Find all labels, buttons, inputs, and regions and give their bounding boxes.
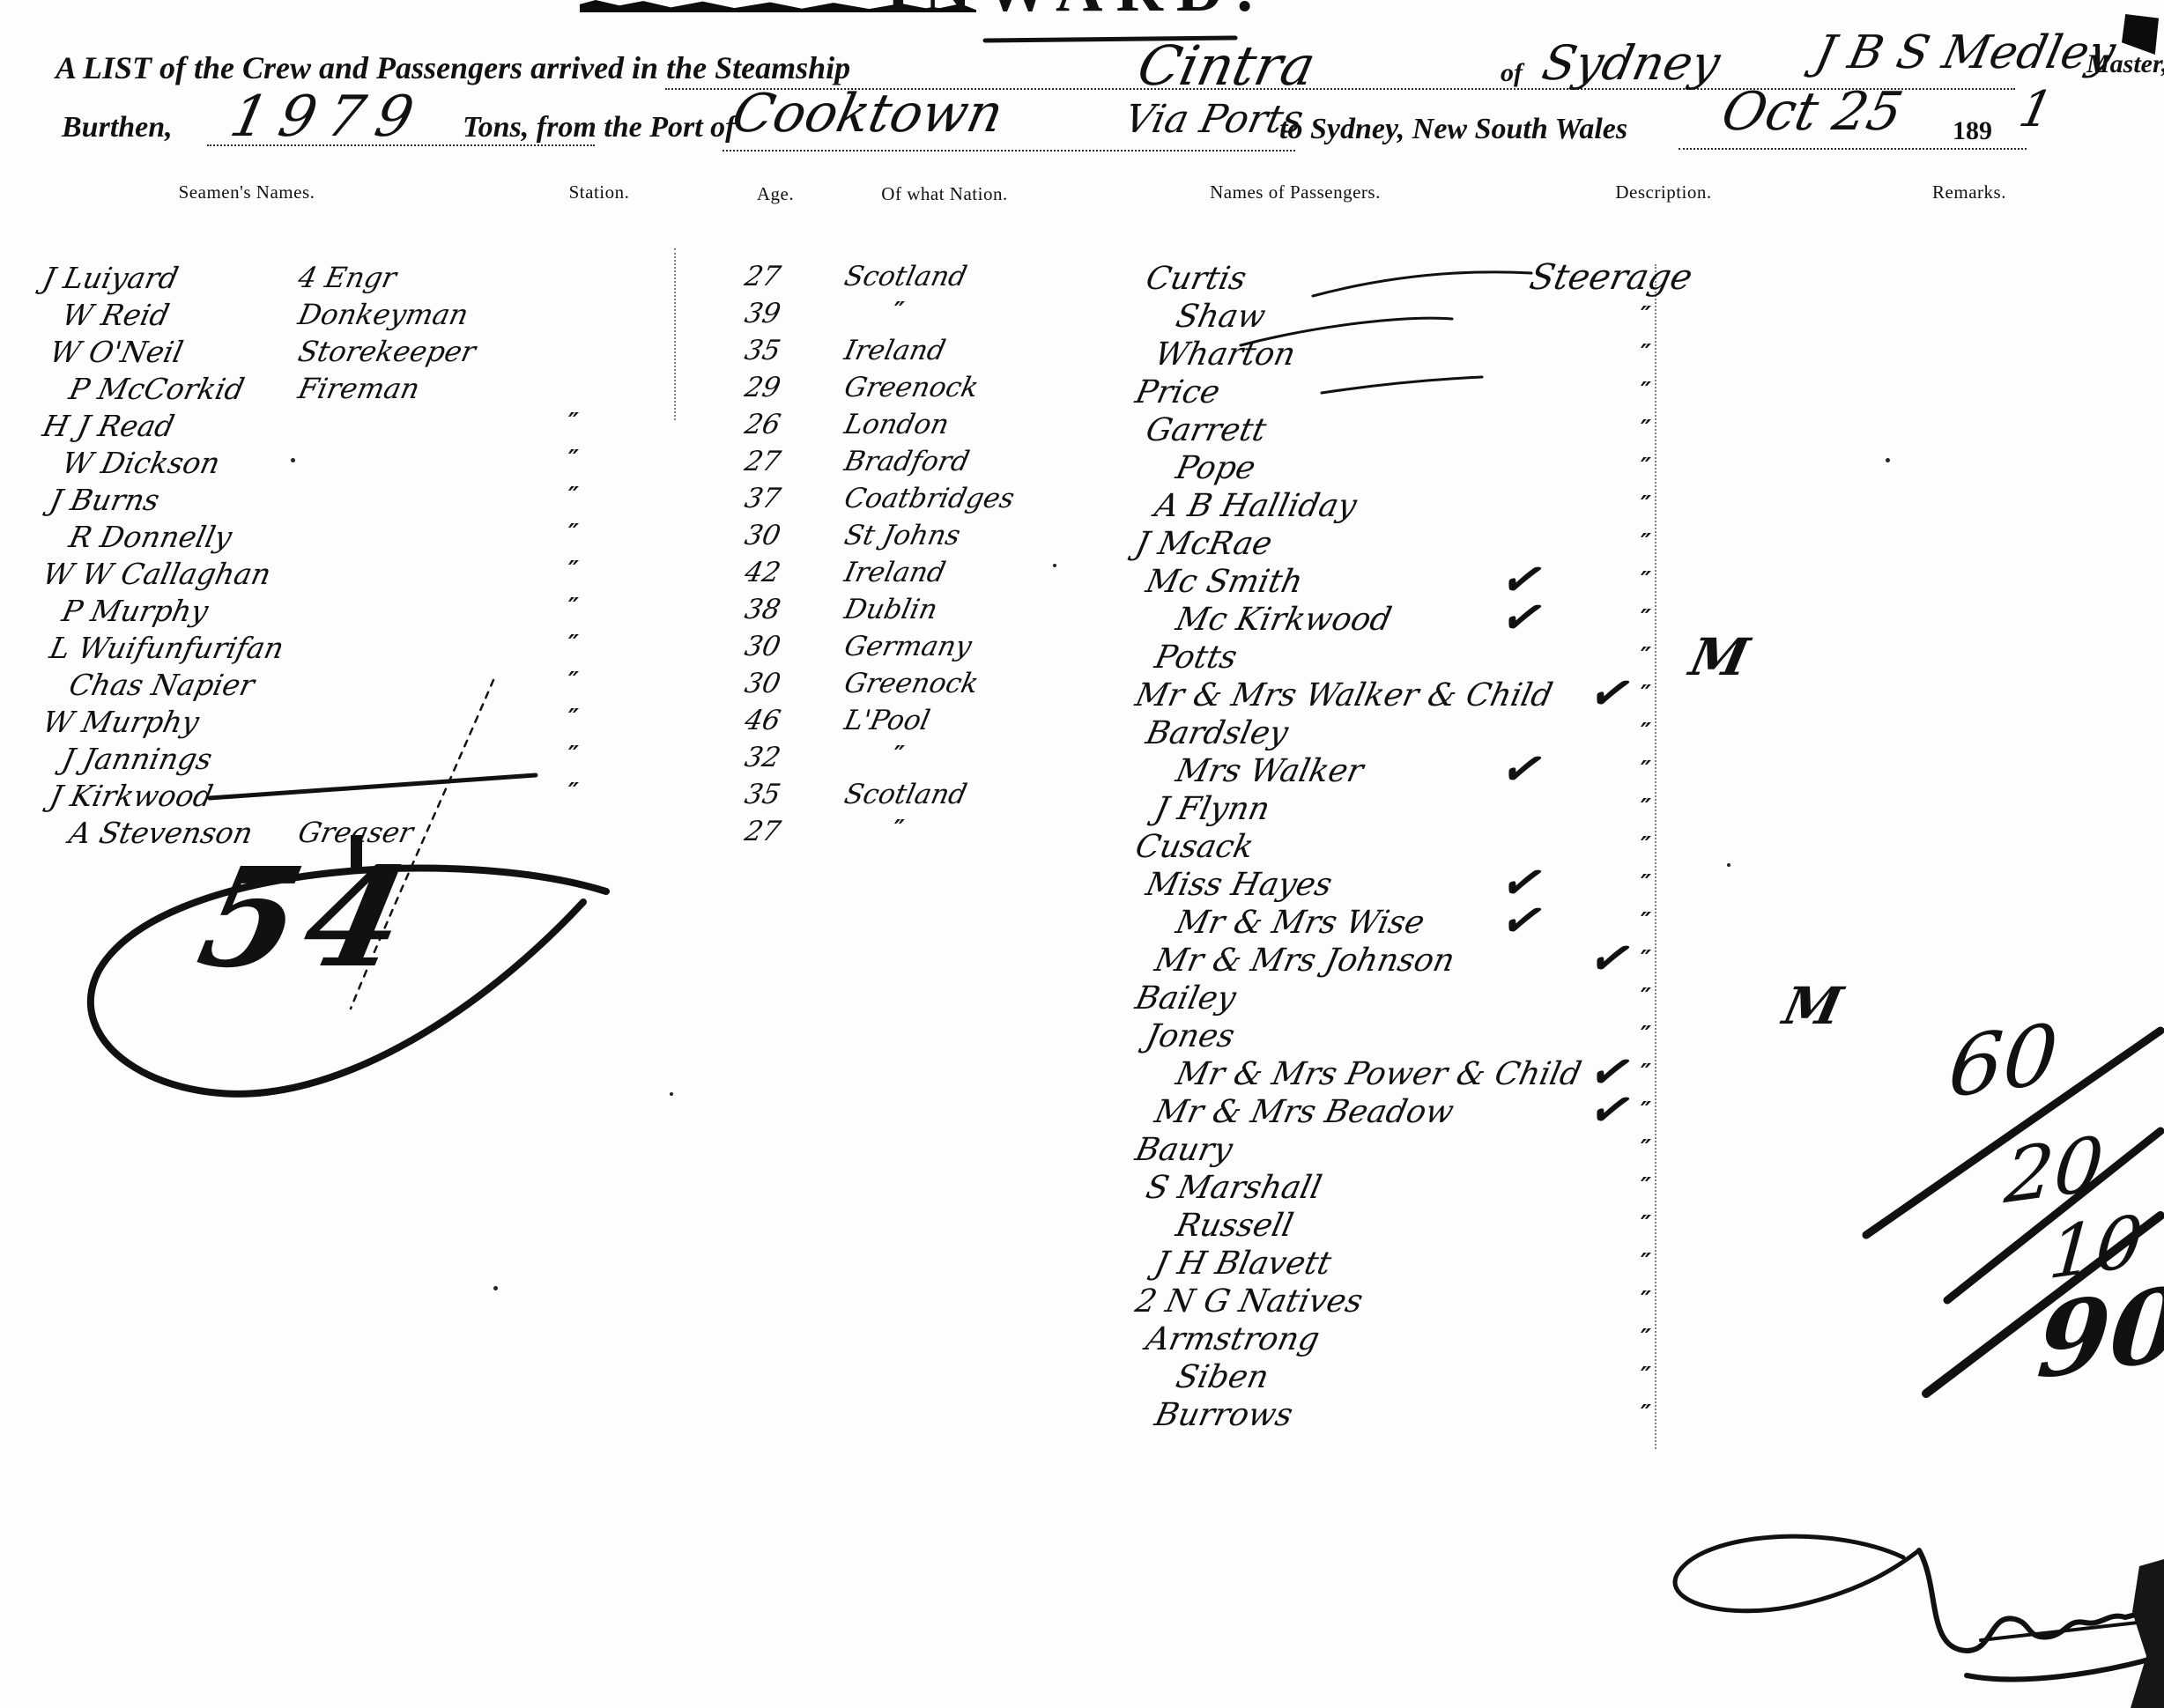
ditto-mark: ″ — [1641, 832, 1651, 860]
passenger-name: Potts — [1152, 640, 1241, 676]
ditto-mark: ″ — [1641, 719, 1651, 746]
ditto-mark: ″ — [1641, 1098, 1651, 1125]
passenger-name: Mc Kirkwood — [1173, 602, 1395, 638]
passenger-row: Mr & Mrs Walker & Child″✓ — [0, 677, 2164, 718]
passenger-name: J McRae — [1132, 526, 1275, 562]
steerage-value: Steerage — [1526, 257, 1696, 298]
leader-line-date — [1679, 148, 2027, 150]
signature-flourish-icon — [1675, 1536, 2160, 1679]
tally-value: 60 — [1945, 1006, 2061, 1117]
year-printed-label: 189 — [1953, 116, 1992, 146]
passenger-name: Cusack — [1132, 829, 1256, 865]
scan-speck — [493, 1286, 498, 1290]
passenger-row: Mrs Walker″✓ — [0, 753, 2164, 794]
ditto-mark: ″ — [1641, 340, 1651, 367]
passenger-name: Armstrong — [1143, 1321, 1323, 1357]
passenger-row: A B Halliday″ — [0, 488, 2164, 529]
list-prefix-label: A LIST of the Crew and Passengers arrive… — [56, 49, 850, 86]
passenger-name: Mr & Mrs Beadow — [1152, 1094, 1456, 1130]
passenger-name: Mrs Walker — [1173, 753, 1367, 789]
passenger-name: Bardsley — [1143, 715, 1292, 751]
tons-label: Tons, from the Port of — [463, 111, 736, 144]
masthead-title: INWARD. — [886, 0, 1266, 22]
passenger-row: J McRae″ — [0, 526, 2164, 566]
ship-name-value: Cintra — [1132, 33, 1321, 98]
passenger-name: Burrows — [1152, 1397, 1296, 1433]
passenger-name: Mc Smith — [1143, 564, 1306, 600]
port-from-value: Cooktown — [727, 83, 1009, 144]
passenger-name: Bailey — [1132, 980, 1239, 1017]
column-header-remarks: Remarks. — [1932, 181, 2006, 203]
column-header-seamen-names: Seamen's Names. — [179, 181, 315, 203]
year-digit-value: 1 — [2014, 81, 2057, 138]
burthen-label: Burthen, — [62, 111, 173, 144]
crew-total-value: 54 — [187, 837, 429, 998]
passenger-name: S Marshall — [1143, 1170, 1325, 1206]
passenger-row: CurtisSteerage — [0, 261, 2164, 301]
scan-speck — [670, 1092, 673, 1096]
ditto-mark: ″ — [1641, 1401, 1651, 1428]
passenger-name: 2 N G Natives — [1132, 1283, 1366, 1320]
passenger-row: Mr & Mrs Beadow″✓ — [0, 1094, 2164, 1135]
passenger-name: Wharton — [1152, 336, 1299, 373]
registry-port-value: Sydney — [1538, 35, 1725, 91]
passenger-row: Russell″ — [0, 1208, 2164, 1248]
leader-line-port — [723, 150, 1295, 152]
passenger-row: Wharton″ — [0, 336, 2164, 377]
passenger-name: Shaw — [1173, 299, 1269, 335]
passenger-name: Mr & Mrs Wise — [1173, 905, 1427, 941]
passenger-row: Siben″ — [0, 1359, 2164, 1400]
ditto-mark: ″ — [1641, 1060, 1651, 1087]
ditto-mark: ″ — [1641, 1249, 1651, 1276]
ditto-mark: ″ — [1641, 1135, 1651, 1163]
ditto-mark: ″ — [1641, 454, 1651, 481]
passenger-row: Shaw″ — [0, 299, 2164, 339]
ditto-mark: ″ — [1641, 1173, 1651, 1201]
passenger-name: Siben — [1173, 1359, 1271, 1395]
passenger-row: Jones″ — [0, 1018, 2164, 1059]
passenger-row: Bardsley″ — [0, 715, 2164, 756]
masthead-clip: INWARD. — [886, 0, 1326, 22]
scan-speck — [1053, 564, 1056, 567]
ditto-mark: ″ — [1641, 605, 1651, 632]
tally-total-value: 90 — [2034, 1264, 2164, 1402]
passenger-name: Mr & Mrs Johnson — [1152, 943, 1458, 979]
ditto-mark: ″ — [1641, 984, 1651, 1011]
ditto-mark: ″ — [1641, 908, 1651, 935]
passenger-name: Jones — [1143, 1018, 1238, 1054]
passenger-name: A B Halliday — [1152, 488, 1360, 524]
master-name-value: J B S Medley — [1811, 26, 2120, 79]
passenger-row: Burrows″ — [0, 1397, 2164, 1438]
ditto-mark: ″ — [1641, 946, 1651, 973]
ditto-mark: ″ — [1641, 492, 1651, 519]
passenger-row: Pope″ — [0, 450, 2164, 491]
ditto-mark: ″ — [1641, 302, 1651, 329]
column-header-nation: Of what Nation. — [881, 183, 1007, 205]
ditto-mark: ″ — [1641, 1325, 1651, 1352]
column-header-description: Description. — [1615, 181, 1711, 203]
passenger-name: Curtis — [1143, 261, 1249, 297]
passenger-row: S Marshall″ — [0, 1170, 2164, 1210]
passenger-row: J Flynn″ — [0, 791, 2164, 832]
ditto-mark: ″ — [1641, 567, 1651, 595]
of-label: of — [1501, 58, 1523, 88]
ditto-mark: ″ — [1641, 529, 1651, 557]
passenger-row: Mr & Mrs Power & Child″✓ — [0, 1056, 2164, 1097]
ship-manifest-document: INWARD. A LIST of the Crew and Passenger… — [0, 0, 2164, 1708]
passenger-row: Baury″ — [0, 1132, 2164, 1172]
ditto-mark: ″ — [1641, 643, 1651, 670]
column-header-passengers: Names of Passengers. — [1210, 181, 1381, 203]
passenger-row: Mc Smith″✓ — [0, 564, 2164, 604]
passenger-row: Mc Kirkwood″✓ — [0, 602, 2164, 642]
column-header-station: Station. — [569, 181, 630, 203]
scan-speck — [1886, 458, 1890, 462]
scan-speck — [1727, 863, 1730, 867]
passenger-name: J Flynn — [1152, 791, 1273, 827]
ditto-mark: ″ — [1641, 416, 1651, 443]
passenger-name: Price — [1132, 374, 1223, 410]
tally-value: 20 — [2002, 1120, 2107, 1221]
ditto-mark: ″ — [1641, 1363, 1651, 1390]
passenger-name: Pope — [1173, 450, 1259, 486]
passenger-name: J H Blavett — [1152, 1246, 1334, 1282]
passenger-name: Mr & Mrs Walker & Child — [1132, 677, 1556, 714]
scan-edge-blot — [2131, 1559, 2164, 1708]
passenger-row: J H Blavett″ — [0, 1246, 2164, 1286]
ditto-mark: ″ — [1641, 681, 1651, 708]
column-header-age: Age. — [757, 183, 794, 205]
passenger-row: 2 N G Natives″ — [0, 1283, 2164, 1324]
passenger-row: Armstrong″ — [0, 1321, 2164, 1362]
ditto-mark: ″ — [1641, 378, 1651, 405]
passenger-name: Garrett — [1143, 412, 1270, 448]
ditto-mark: ″ — [1641, 870, 1651, 898]
scan-speck — [291, 458, 295, 462]
destination-label: to Sydney, New South Wales — [1279, 113, 1627, 146]
ditto-mark: ″ — [1641, 757, 1651, 784]
ditto-mark: ″ — [1641, 1211, 1651, 1238]
passenger-name: Miss Hayes — [1143, 867, 1335, 903]
ditto-mark: ″ — [1641, 795, 1651, 822]
passenger-row: Price″ — [0, 374, 2164, 415]
date-value: Oct 25 — [1716, 81, 1908, 143]
passenger-name: Russell — [1173, 1208, 1296, 1244]
master-label: Master, — [2086, 49, 2164, 79]
ditto-mark: ″ — [1641, 1287, 1651, 1314]
tons-value: 1979 — [225, 85, 432, 150]
passenger-row: Potts″ — [0, 640, 2164, 680]
ditto-mark: ″ — [1641, 1022, 1651, 1049]
passenger-row: Garrett″ — [0, 412, 2164, 453]
passenger-name: Mr & Mrs Power & Child — [1173, 1056, 1584, 1092]
passenger-name: Baury — [1132, 1132, 1235, 1168]
